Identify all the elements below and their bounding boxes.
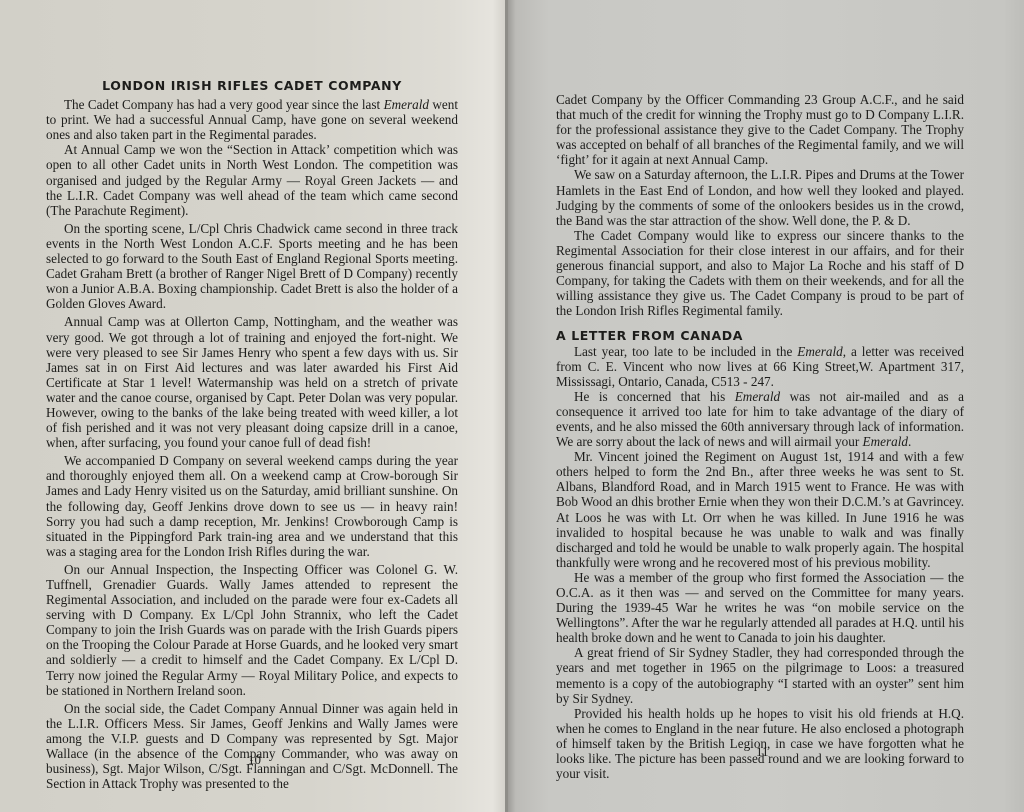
paragraph-trophy-continued: Cadet Company by the Officer Commanding … [556,92,964,167]
paragraph-social-side: On the social side, the Cadet Company An… [46,701,458,792]
page-number-right: 11 [756,744,769,760]
publication-name: Emerald [735,389,780,404]
page-number-left: 10 [248,752,261,768]
publication-name: Emerald [384,97,429,112]
left-page-text-column: LONDON IRISH RIFLES CADET COMPANY The Ca… [46,78,458,791]
paragraph-intro: The Cadet Company has had a very good ye… [46,97,458,142]
paragraph-weekend-camps: We accompanied D Company on several week… [46,453,458,559]
publication-name: Emerald [863,434,908,449]
section-heading-letter-from-canada: A LETTER FROM CANADA [556,328,964,343]
paragraph-sir-sydney: A great friend of Sir Sydney Stadler, th… [556,645,964,705]
paragraph-association-member: He was a member of the group who first f… [556,570,964,645]
publication-name: Emerald [797,344,842,359]
right-page-text-column: Cadet Company by the Officer Commanding … [556,92,964,781]
paragraph-vincent-service: Mr. Vincent joined the Regiment on Augus… [556,449,964,570]
article-title: LONDON IRISH RIFLES CADET COMPANY [46,78,458,93]
paragraph-letter-received: Last year, too late to be included in th… [556,344,964,389]
paragraph-pipes-and-drums: We saw on a Saturday afternoon, the L.I.… [556,167,964,227]
paragraph-concern-airmail: He is concerned that his Emerald was not… [556,389,964,449]
paragraph-thanks: The Cadet Company would like to express … [556,228,964,319]
left-page: LONDON IRISH RIFLES CADET COMPANY The Ca… [0,0,508,812]
paragraph-sporting-scene: On the sporting scene, L/Cpl Chris Chadw… [46,221,458,312]
paragraph-annual-camp: Annual Camp was at Ollerton Camp, Nottin… [46,314,458,450]
paragraph-section-in-attack: At Annual Camp we won the “Section in At… [46,142,458,217]
paragraph-annual-inspection: On our Annual Inspection, the Inspecting… [46,562,458,698]
